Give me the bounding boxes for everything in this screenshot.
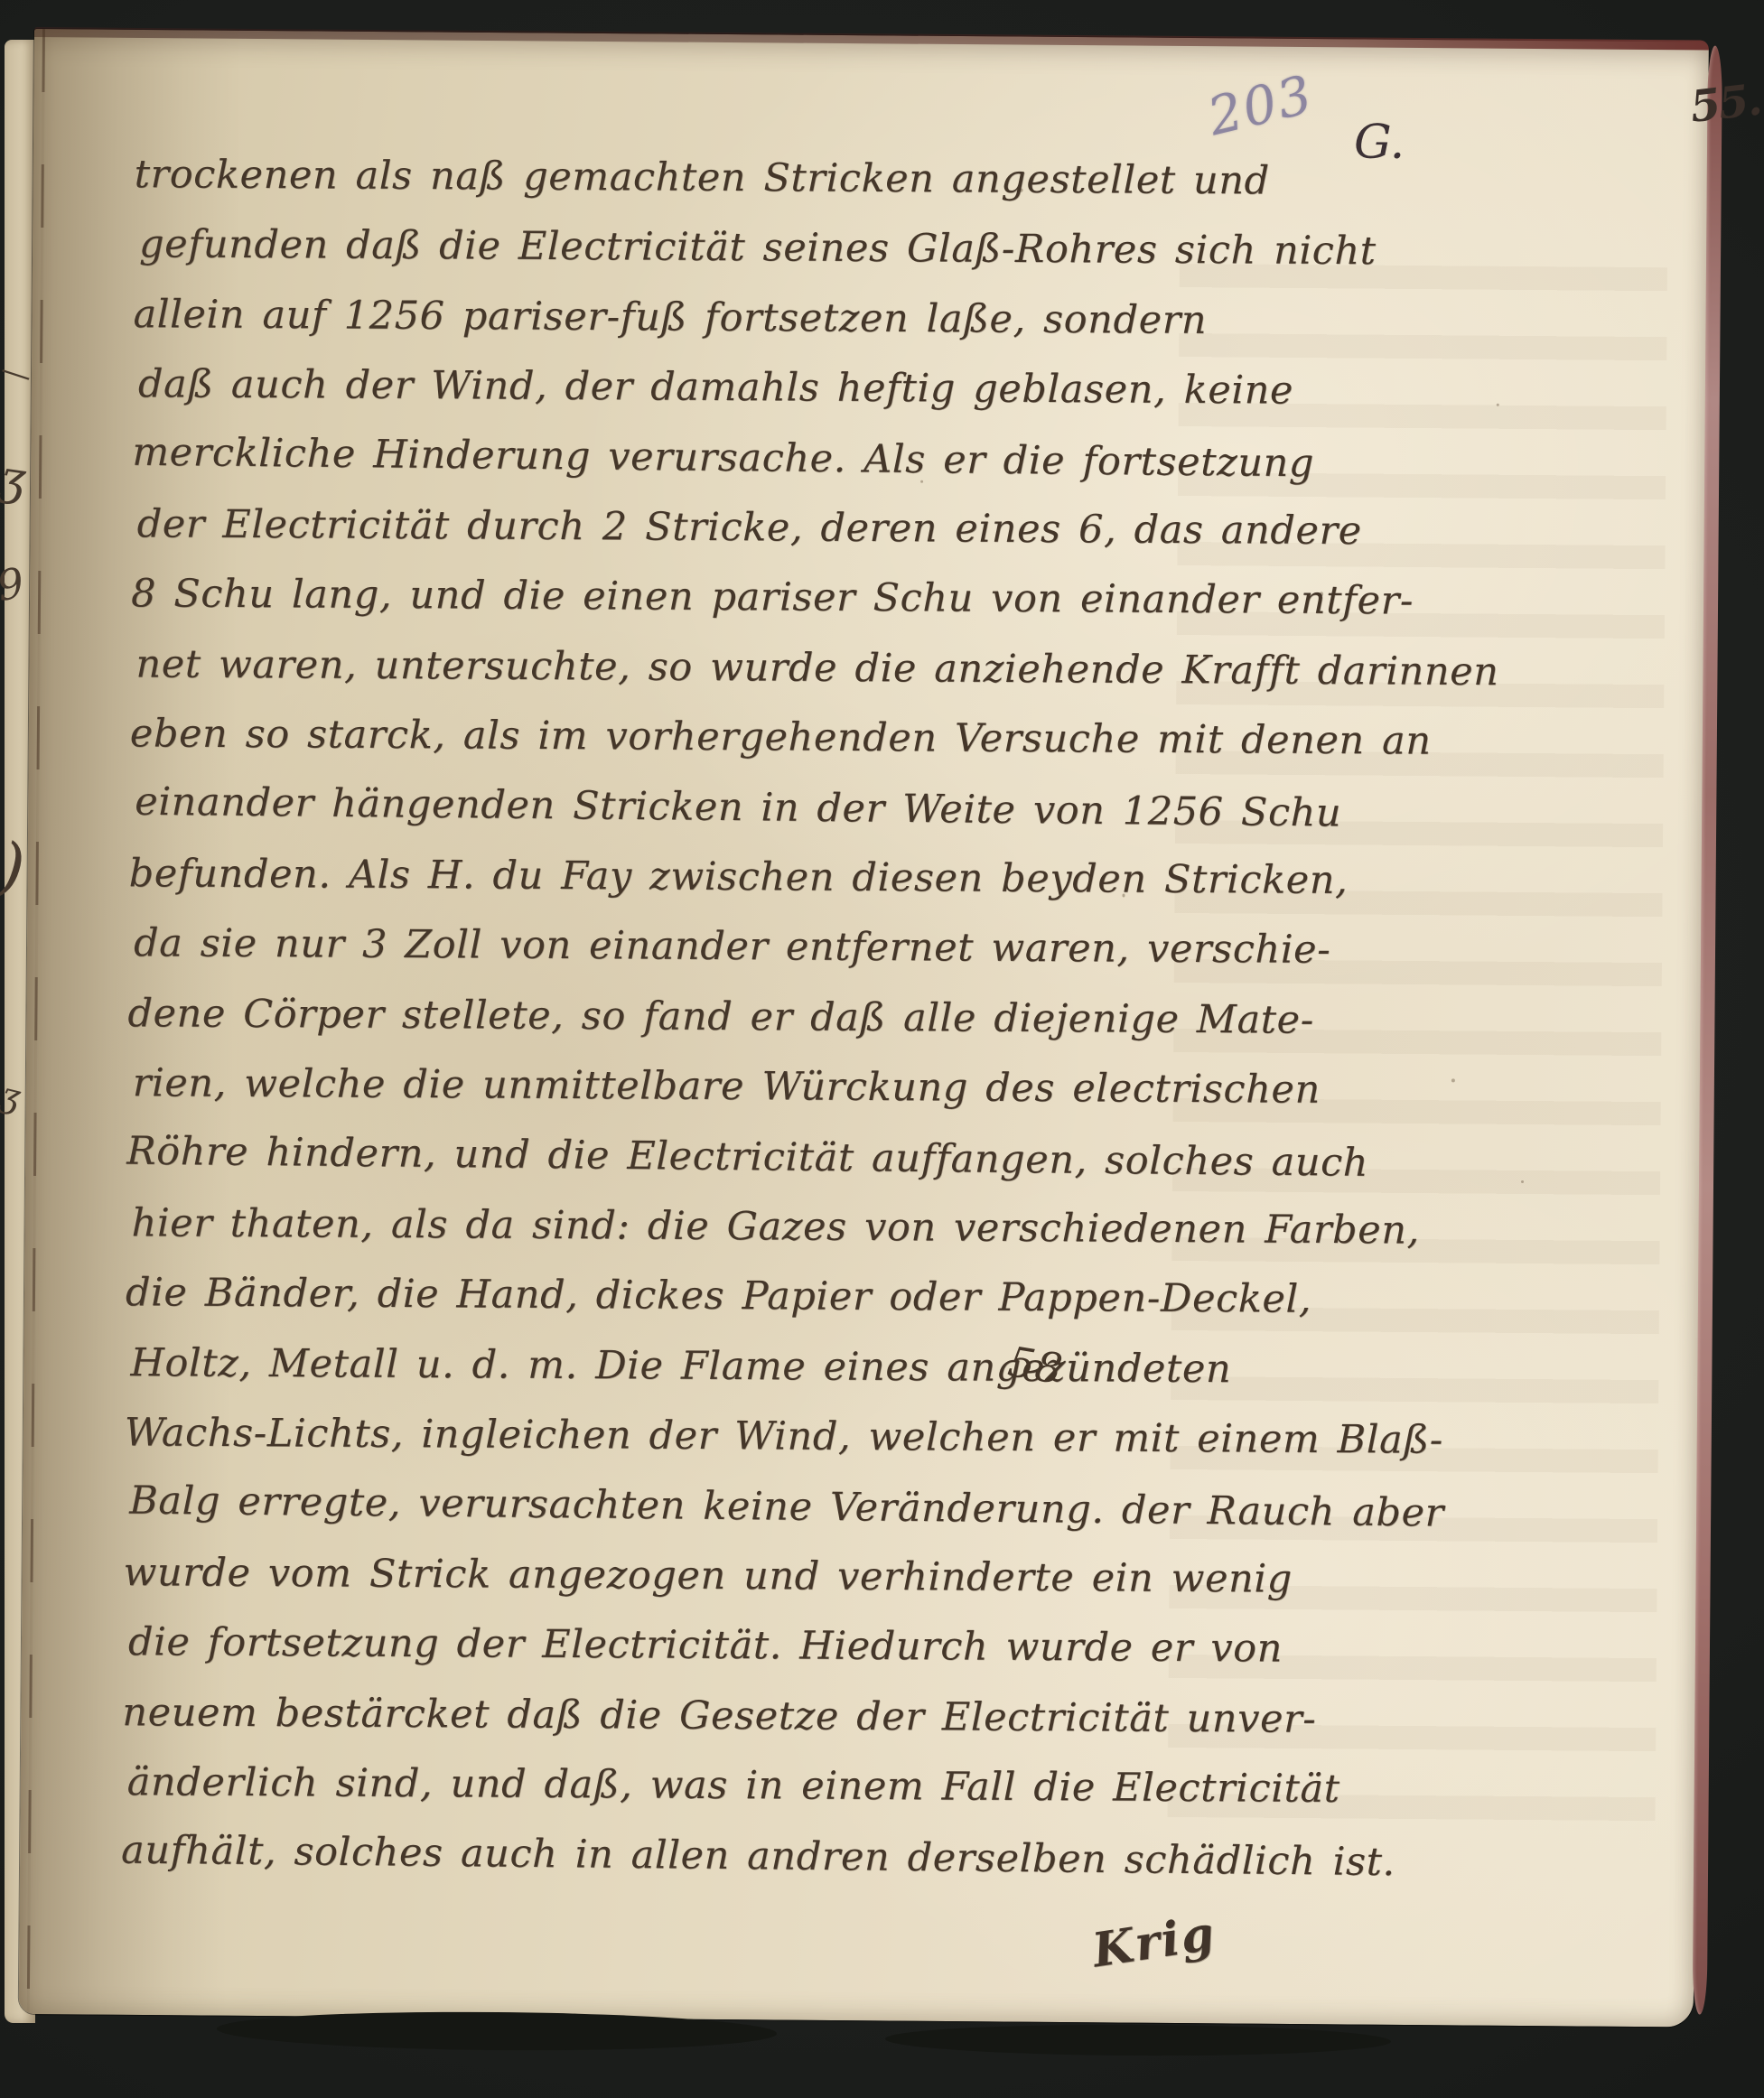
manuscript-line: änderlich sind, und daß, was in einem Fa… bbox=[127, 1761, 1340, 1811]
ink-showthrough bbox=[1167, 264, 1667, 1857]
ink-fragment: ) bbox=[0, 834, 28, 901]
manuscript-page: 203 G. 55. trockenen als naß gemachten S… bbox=[19, 29, 1709, 2027]
manuscript-line: dene Cörper stellete, so fand er daß all… bbox=[127, 993, 1314, 1042]
catchword: Krig bbox=[1089, 1906, 1219, 1979]
manuscript-line: allein auf 1256 pariser-fuß fortsetzen l… bbox=[133, 294, 1207, 342]
ink-fragment: ʒ bbox=[0, 1077, 24, 1114]
ink-fragment: — bbox=[0, 354, 35, 393]
manuscript-line: Wachs-Lichts, ingleichen der Wind, welch… bbox=[125, 1412, 1443, 1462]
ink-fragment: 9 bbox=[0, 562, 27, 607]
manuscript-line: daß auch der Wind, der damahls heftig ge… bbox=[138, 363, 1293, 413]
manuscript-line: gefunden daß die Electricität seines Gla… bbox=[139, 223, 1377, 273]
red-fore-edge bbox=[1693, 46, 1722, 2015]
manuscript-line: hier thaten, als da sind: die Gazes von … bbox=[131, 1202, 1420, 1253]
paper-speck bbox=[1521, 1180, 1524, 1183]
section-mark: G. bbox=[1354, 115, 1405, 169]
deckle-edge bbox=[885, 2024, 1391, 2057]
paper-speck bbox=[1451, 1078, 1455, 1082]
manuscript-line: der Electricität durch 2 Stricke, deren … bbox=[137, 503, 1362, 553]
interlinear-number: 58 bbox=[1004, 1337, 1067, 1394]
manuscript-line: Holtz, Metall u. d. m. Die Flame eines a… bbox=[130, 1342, 1231, 1391]
manuscript-line: Röhre hindern, und die Electricität auff… bbox=[126, 1131, 1368, 1185]
pencil-foliation-number: 203 bbox=[1202, 63, 1319, 147]
ink-fragment: ʒ bbox=[0, 453, 29, 504]
page-top-edge-shadow bbox=[34, 27, 1709, 51]
manuscript-line: die fortsetzung der Electricität. Hiedur… bbox=[128, 1621, 1283, 1671]
manuscript-line: 8 Schu lang, und die einen pariser Schu … bbox=[131, 573, 1414, 622]
manuscript-line: wurde vom Strick angezogen und verhinder… bbox=[123, 1552, 1293, 1601]
scan-background: — ʒ 9 ) ʒ 203 G. 55. trockenen als naß g… bbox=[0, 0, 1764, 2098]
paper-speck bbox=[1497, 404, 1499, 406]
manuscript-line: merckliche Hinderung verursache. Als er … bbox=[132, 432, 1314, 486]
manuscript-line: die Bänder, die Hand, dickes Papier oder… bbox=[126, 1272, 1311, 1321]
manuscript-line: neuem bestärcket daß die Gesetze der Ele… bbox=[122, 1692, 1316, 1741]
manuscript-line: rien, welche die unmittelbare Würckung d… bbox=[133, 1062, 1321, 1112]
manuscript-line: aufhält, solches auch in allen andren de… bbox=[121, 1830, 1395, 1885]
manuscript-line: einander hängenden Stricken in der Weite… bbox=[135, 781, 1341, 835]
manuscript-line: Balg erregte, verursachten keine Verände… bbox=[129, 1480, 1444, 1535]
manuscript-line: net waren, untersuchte, so wurde die anz… bbox=[135, 643, 1498, 694]
manuscript-line: da sie nur 3 Zoll von einander entfernet… bbox=[134, 922, 1331, 972]
manuscript-line: trockenen als naß gemachten Stricken ang… bbox=[135, 154, 1270, 203]
manuscript-line: befunden. Als H. du Fay zwischen diesen … bbox=[129, 853, 1349, 902]
page-number: 55. bbox=[1687, 74, 1762, 132]
manuscript-line: eben so starck, als im vorhergehenden Ve… bbox=[130, 713, 1432, 763]
